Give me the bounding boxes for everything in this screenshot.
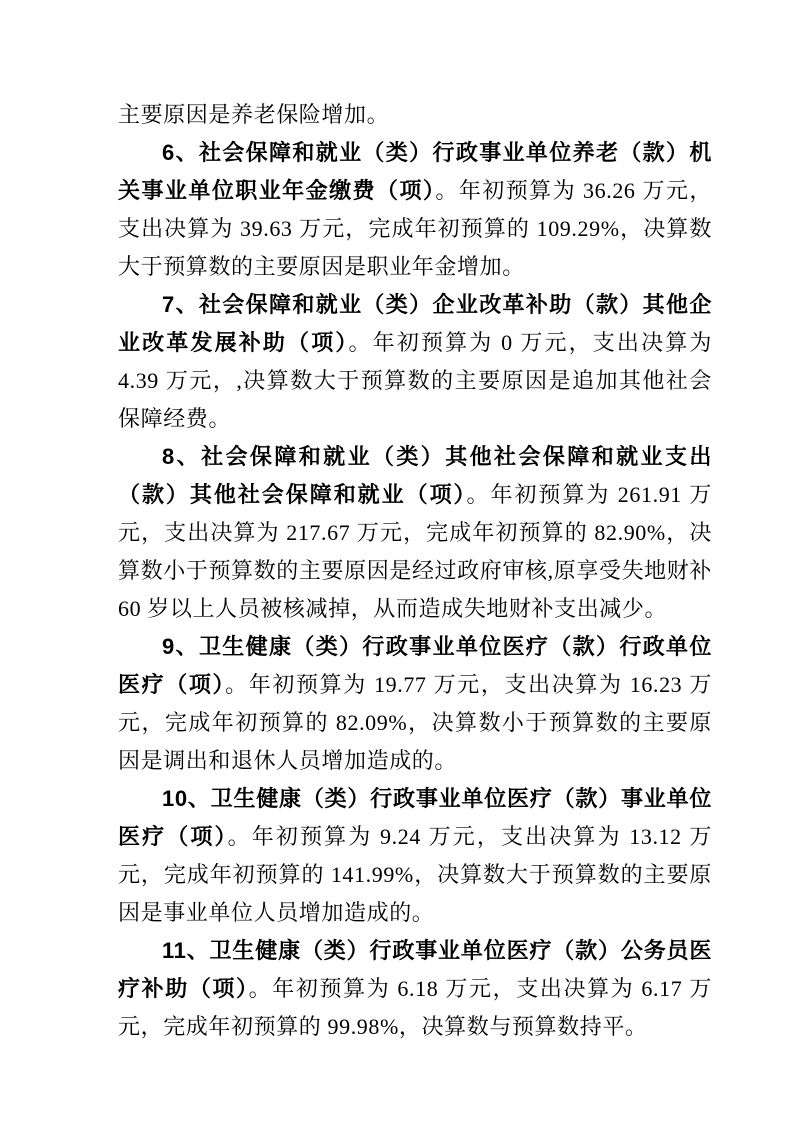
paragraph-item-10: 10、卫生健康（类）行政事业单位医疗（款）事业单位医疗（项）。年初预算为 9.2… [118, 780, 712, 932]
document-page: 主要原因是养老保险增加。 6、社会保障和就业（类）行政事业单位养老（款）机关事业… [0, 0, 793, 1122]
paragraph-item-6: 6、社会保障和就业（类）行政事业单位养老（款）机关事业单位职业年金缴费（项）。年… [118, 134, 712, 286]
paragraph-continuation-text: 主要原因是养老保险增加。 [118, 102, 389, 127]
paragraph-item-11: 11、卫生健康（类）行政事业单位医疗（款）公务员医疗补助（项）。年初预算为 6.… [118, 932, 712, 1046]
paragraph-item-7: 7、社会保障和就业（类）企业改革补助（款）其他企业改革发展补助（项）。年初预算为… [118, 286, 712, 438]
paragraph-continuation: 主要原因是养老保险增加。 [118, 96, 712, 134]
document-content: 主要原因是养老保险增加。 6、社会保障和就业（类）行政事业单位养老（款）机关事业… [118, 96, 712, 1046]
paragraph-item-8: 8、社会保障和就业（类）其他社会保障和就业支出（款）其他社会保障和就业（项）。年… [118, 438, 712, 628]
paragraph-item-9: 9、卫生健康（类）行政事业单位医疗（款）行政单位医疗（项）。年初预算为 19.7… [118, 628, 712, 780]
